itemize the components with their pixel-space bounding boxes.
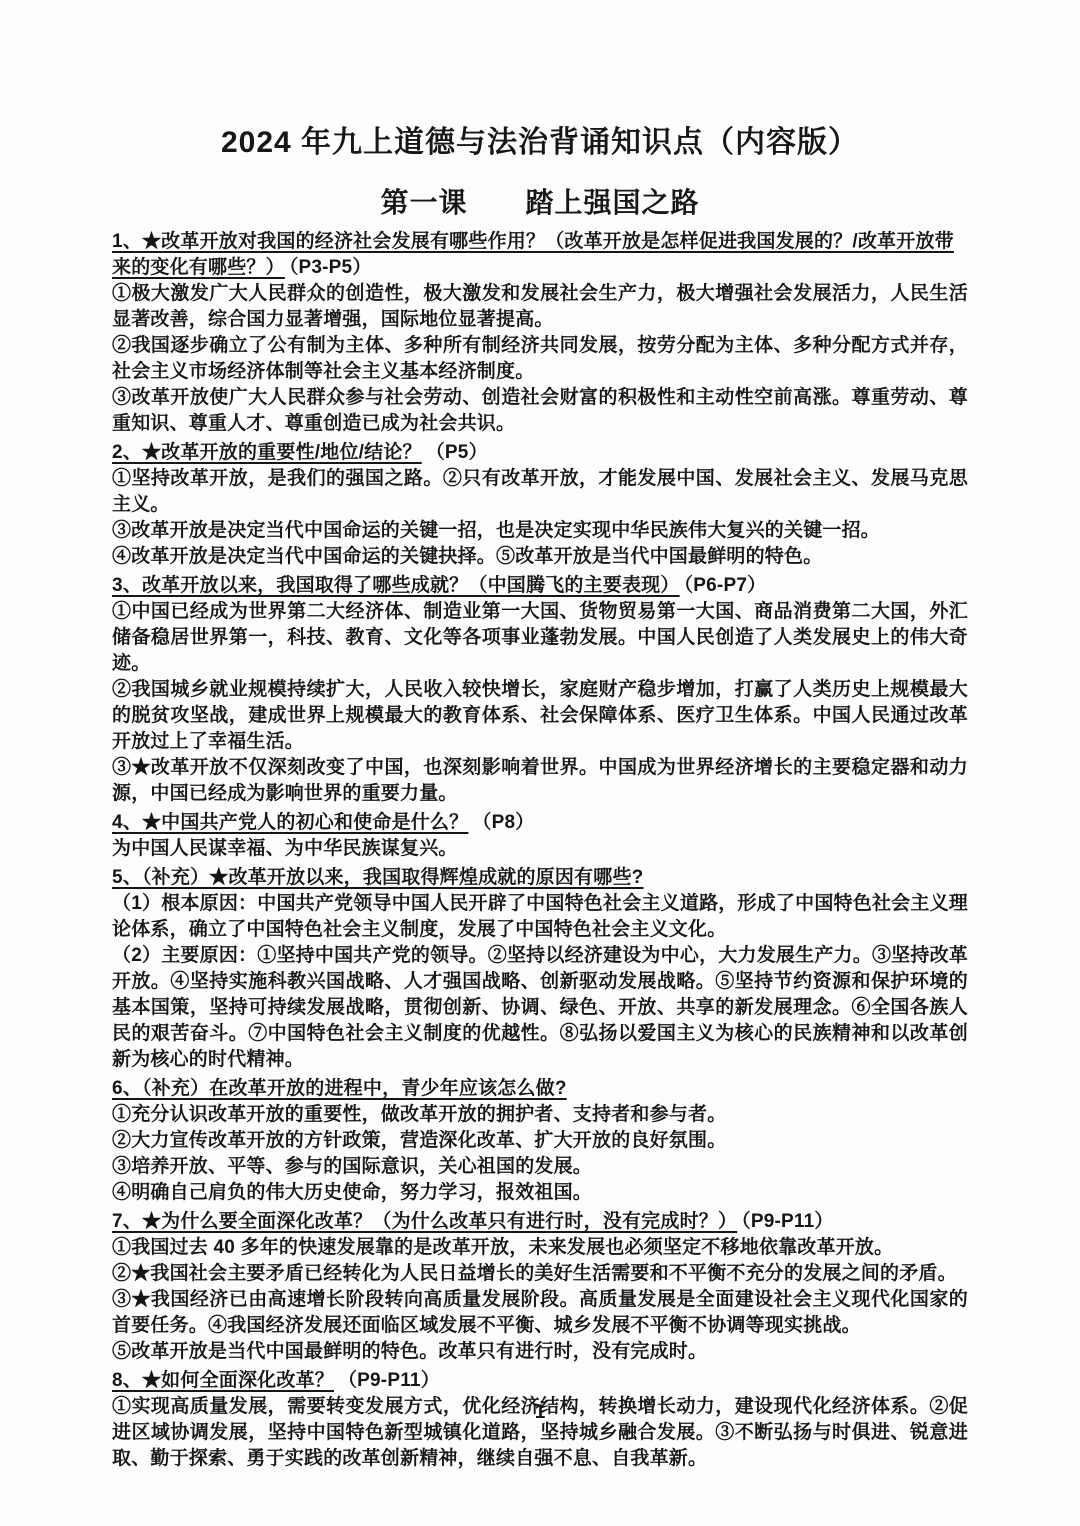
question-heading-text: 7、★为什么要全面深化改革？（为什么改革只有进行时，没有完成时？）: [112, 1211, 737, 1232]
question-heading-text: 6、（补充）在改革开放的进程中，青少年应该怎么做?: [112, 1078, 567, 1099]
question-heading-text: 2、★改革开放的重要性/地位/结论？: [112, 442, 422, 463]
answer-paragraph: ③改革开放使广大人民群众参与社会劳动、创造社会财富的积极性和主动性空前高涨。尊重…: [112, 385, 968, 437]
question-section: 1、★改革开放对我国的经济社会发展有哪些作用？（改革开放是怎样促进我国发展的？/…: [112, 229, 968, 437]
answer-paragraph: ①坚持改革开放，是我们的强国之路。②只有改革开放，才能发展中国、发展社会主义、发…: [112, 466, 968, 518]
document-page: 2024 年九上道德与法治背诵知识点（内容版） 第一课 踏上强国之路 1、★改革…: [0, 0, 1080, 1526]
question-heading: 6、（补充）在改革开放的进程中，青少年应该怎么做?: [112, 1076, 968, 1102]
answer-paragraph: ②★我国社会主要矛盾已经转化为人民日益增长的美好生活需要和不平衡不充分的发展之间…: [112, 1261, 968, 1287]
question-section: 2、★改革开放的重要性/地位/结论？（P5）①坚持改革开放，是我们的强国之路。②…: [112, 440, 968, 570]
answer-paragraph: ①极大激发广大人民群众的创造性，极大激发和发展社会生产力，极大增强社会发展活力，…: [112, 281, 968, 333]
question-heading-text: 4、★中国共产党人的初心和使命是什么？: [112, 812, 468, 833]
answer-paragraph: ③改革开放是决定当代中国命运的关键一招，也是决定实现中华民族伟大复兴的关键一招。: [112, 518, 968, 544]
question-heading: 7、★为什么要全面深化改革？（为什么改革只有进行时，没有完成时？）（P9-P11…: [112, 1209, 968, 1235]
answer-paragraph: ⑤改革开放是当代中国最鲜明的特色。改革只有进行时，没有完成时。: [112, 1339, 968, 1365]
question-heading-text: 8、★如何全面深化改革？: [112, 1370, 334, 1391]
answer-paragraph: ②大力宣传改革开放的方针政策，营造深化改革、扩大开放的良好氛围。: [112, 1128, 968, 1154]
question-section: 5、（补充）★改革开放以来，我国取得辉煌成就的原因有哪些?（1）根本原因：中国共…: [112, 865, 968, 1073]
question-section: 4、★中国共产党人的初心和使命是什么？（P8）为中国人民谋幸福、为中华民族谋复兴…: [112, 810, 968, 862]
page-title: 2024 年九上道德与法治背诵知识点（内容版）: [112, 126, 968, 161]
sections-container: 1、★改革开放对我国的经济社会发展有哪些作用？（改革开放是怎样促进我国发展的？/…: [112, 229, 968, 1472]
question-heading: 2、★改革开放的重要性/地位/结论？（P5）: [112, 440, 968, 466]
question-heading-text: 1、★改革开放对我国的经济社会发展有哪些作用？（改革开放是怎样促进我国发展的？/…: [112, 231, 954, 278]
answer-paragraph: （1）根本原因：中国共产党领导中国人民开辟了中国特色社会主义道路，形成了中国特色…: [112, 891, 968, 943]
answer-paragraph: ①我国过去 40 多年的快速发展靠的是改革开放，未来发展也必须坚定不移地依靠改革…: [112, 1235, 968, 1261]
question-heading-text: 3、改革开放以来，我国取得了哪些成就？（中国腾飞的主要表现）: [112, 575, 680, 596]
question-section: 7、★为什么要全面深化改革？（为什么改革只有进行时，没有完成时？）（P9-P11…: [112, 1209, 968, 1365]
question-heading: 3、改革开放以来，我国取得了哪些成就？（中国腾飞的主要表现）（P6-P7）: [112, 573, 968, 599]
question-heading: 4、★中国共产党人的初心和使命是什么？（P8）: [112, 810, 968, 836]
page-reference: （P6-P7）: [684, 575, 767, 596]
answer-paragraph: ②我国逐步确立了公有制为主体、多种所有制经济共同发展，按劳分配为主体、多种分配方…: [112, 333, 968, 385]
answer-paragraph: ④改革开放是决定当代中国命运的关键抉择。⑤改革开放是当代中国最鲜明的特色。: [112, 544, 968, 570]
page-reference: （P9-P11）: [338, 1370, 440, 1391]
answer-paragraph: ②我国城乡就业规模持续扩大，人民收入较快增长，家庭财产稳步增加，打赢了人类历史上…: [112, 677, 968, 755]
question-section: 3、改革开放以来，我国取得了哪些成就？（中国腾飞的主要表现）（P6-P7）①中国…: [112, 573, 968, 807]
answer-paragraph: （2）主要原因：①坚持中国共产党的领导。②坚持以经济建设为中心，大力发展生产力。…: [112, 943, 968, 1073]
answer-paragraph: 为中国人民谋幸福、为中华民族谋复兴。: [112, 836, 968, 862]
answer-paragraph: ③培养开放、平等、参与的国际意识，关心祖国的发展。: [112, 1154, 968, 1180]
question-heading: 8、★如何全面深化改革？（P9-P11）: [112, 1368, 968, 1394]
page-reference: （P8）: [472, 812, 534, 833]
answer-paragraph: ①中国已经成为世界第二大经济体、制造业第一大国、货物贸易第一大国、商品消费第二大…: [112, 599, 968, 677]
question-heading: 1、★改革开放对我国的经济社会发展有哪些作用？（改革开放是怎样促进我国发展的？/…: [112, 229, 968, 281]
lesson-title: 第一课 踏上强国之路: [112, 187, 968, 219]
answer-paragraph: ③★我国经济已由高速增长阶段转向高质量发展阶段。高质量发展是全面建设社会主义现代…: [112, 1287, 968, 1339]
page-number: 1: [0, 1402, 1080, 1424]
answer-paragraph: ③★改革开放不仅深刻改变了中国，也深刻影响着世界。中国成为世界经济增长的主要稳定…: [112, 755, 968, 807]
answer-paragraph: ①充分认识改革开放的重要性，做改革开放的拥护者、支持者和参与者。: [112, 1102, 968, 1128]
page-reference: （P3-P5）: [289, 257, 372, 278]
question-section: 6、（补充）在改革开放的进程中，青少年应该怎么做?①充分认识改革开放的重要性，做…: [112, 1076, 968, 1206]
question-heading: 5、（补充）★改革开放以来，我国取得辉煌成就的原因有哪些?: [112, 865, 968, 891]
page-reference: （P5）: [426, 442, 488, 463]
page-reference: （P9-P11）: [741, 1211, 833, 1232]
answer-paragraph: ④明确自己肩负的伟大历史使命，努力学习，报效祖国。: [112, 1180, 968, 1206]
question-heading-text: 5、（补充）★改革开放以来，我国取得辉煌成就的原因有哪些?: [112, 867, 643, 888]
